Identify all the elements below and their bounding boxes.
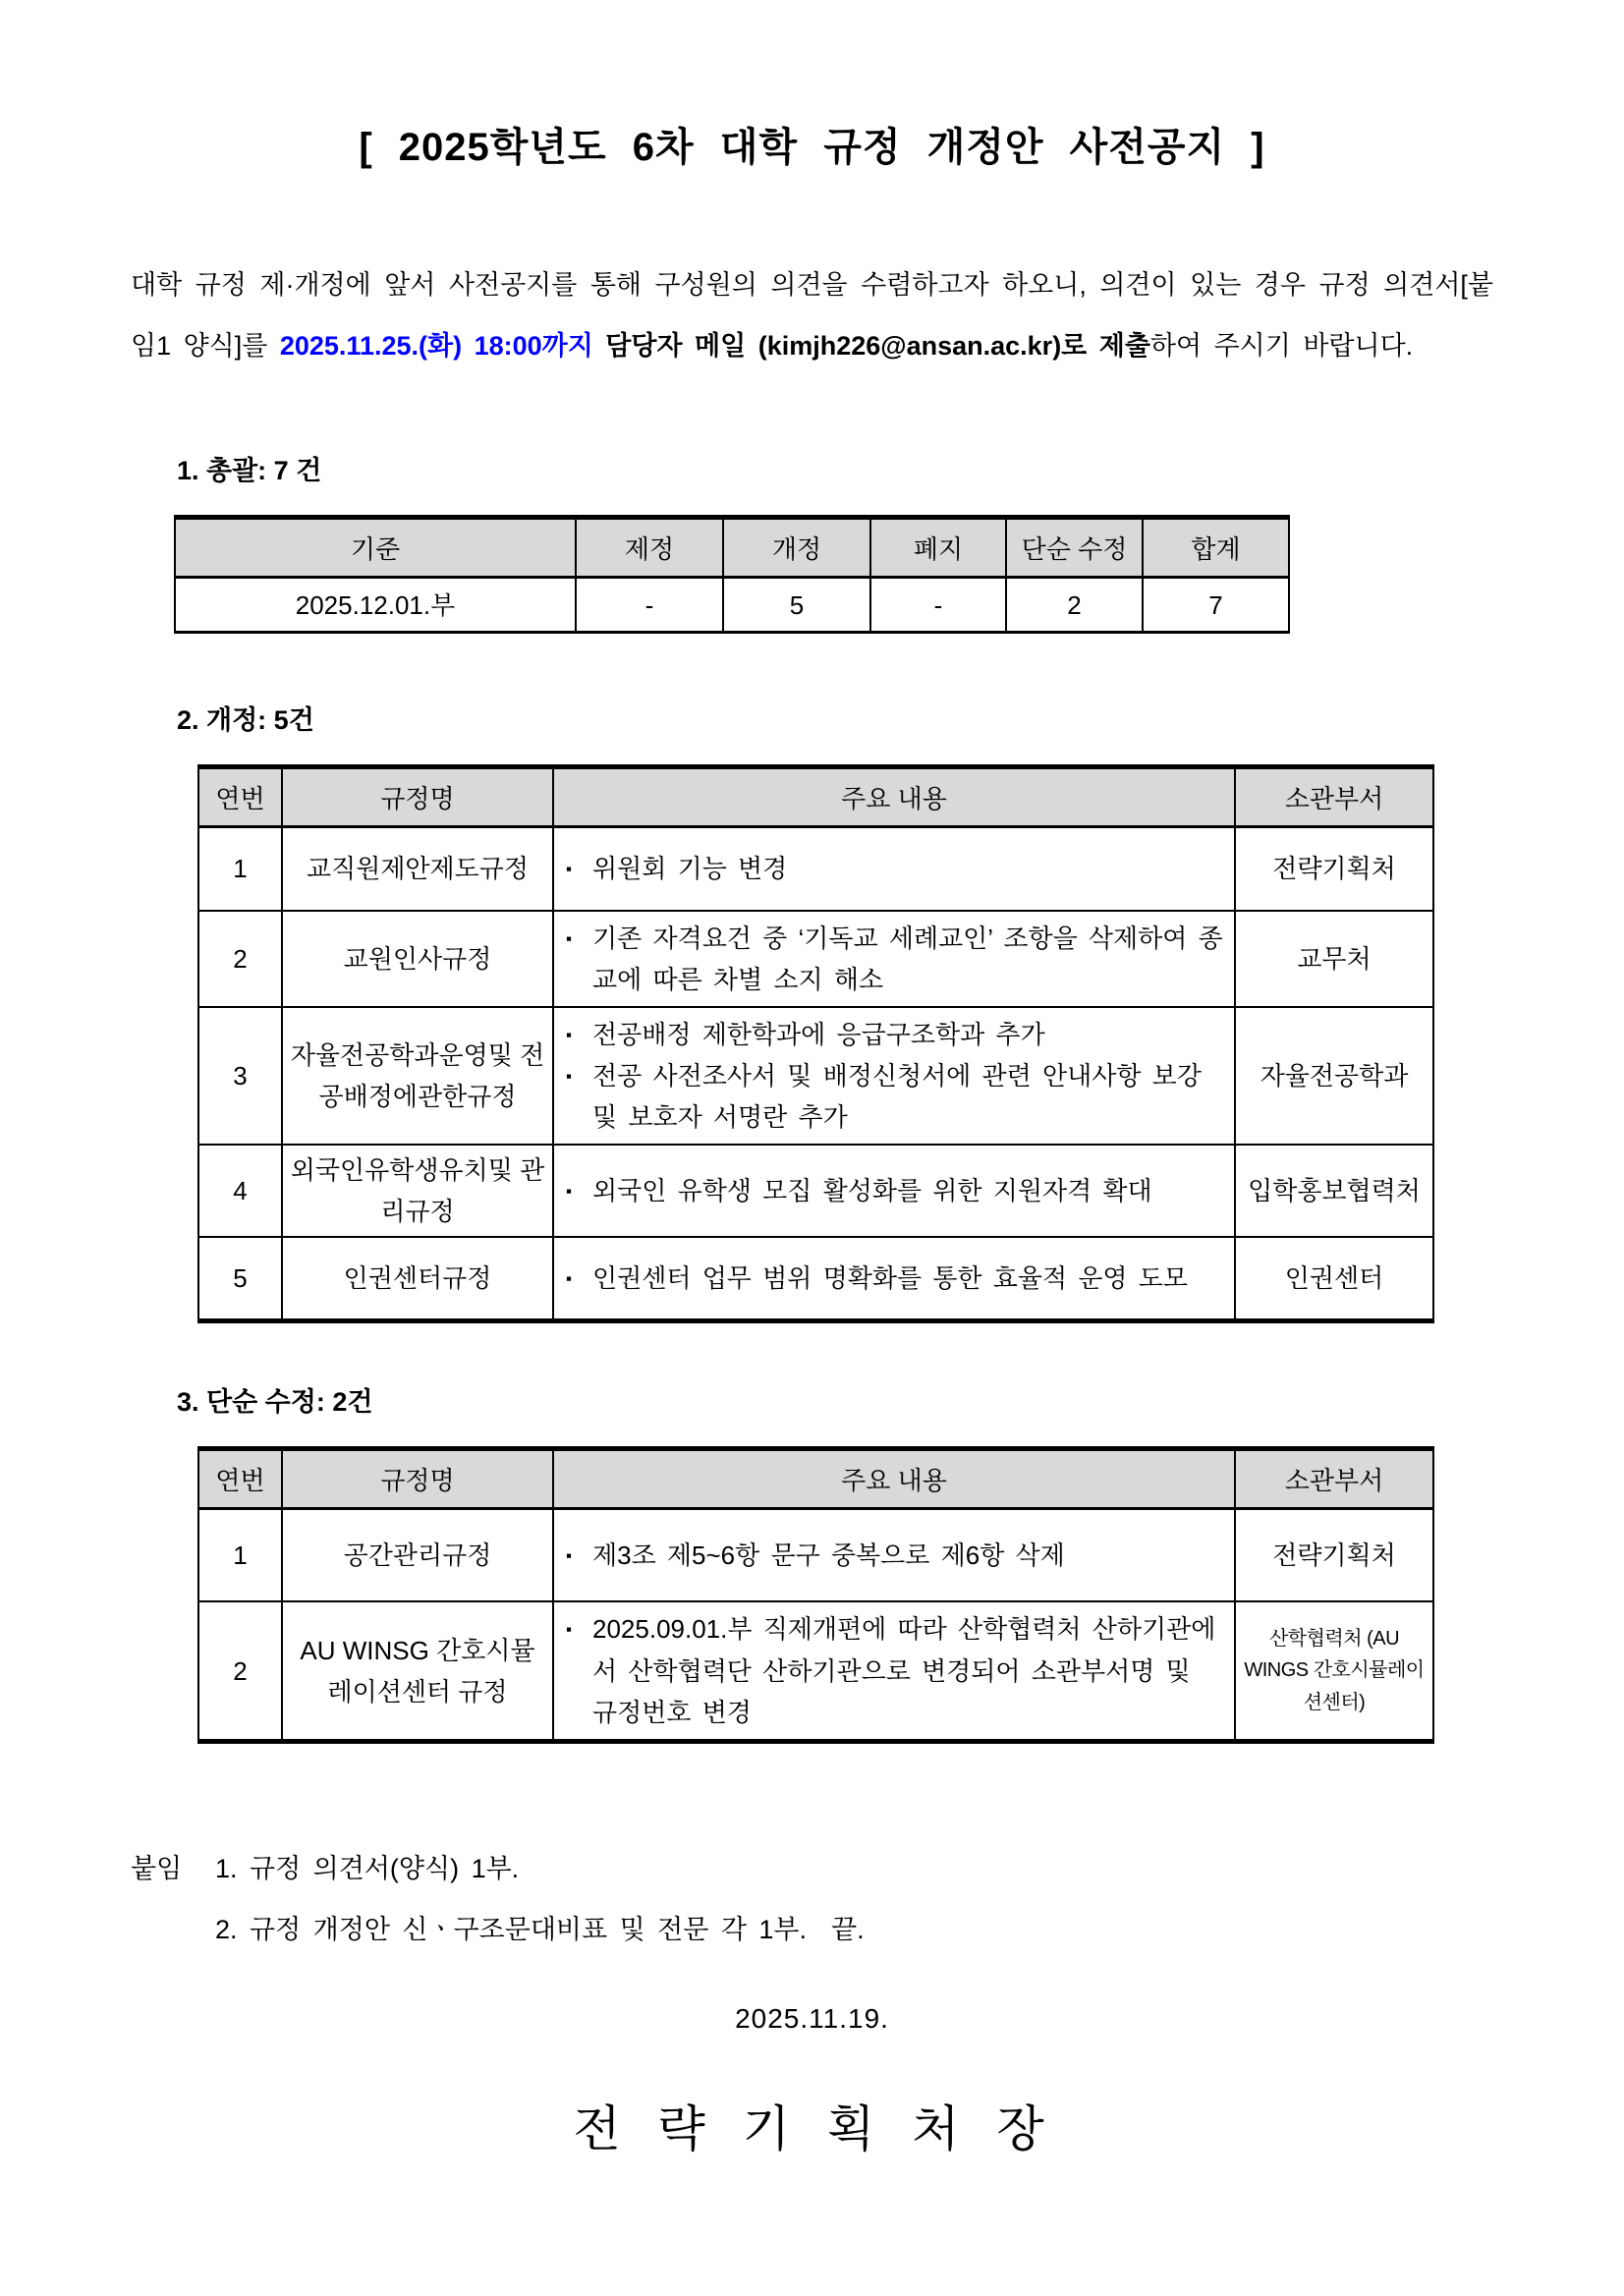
cell-basis-date: 2025.12.01.부 [175,578,576,633]
cell-regulation-name: 교직원제안제도규정 [282,827,553,911]
revision-heading: 2. 개정: 5건 [177,699,1493,737]
column-header-no: 연번 [198,1448,282,1508]
column-header-simple-edit: 단순 수정 [1006,518,1143,578]
cell-department: 입학홍보협력처 [1235,1145,1433,1237]
cell-no: 4 [198,1145,282,1237]
square-bullet-icon: ▪ [566,1535,592,1564]
signature-title: 전 략 기 획 처 장 [131,2090,1493,2160]
column-header-main-content: 주요 내용 [553,1448,1235,1508]
cell-main-content: ▪전공배정 제한학과에 응급구조학과 추가 ▪전공 사전조사서 및 배정신청서에… [553,1007,1235,1145]
cell-main-content: ▪외국인 유학생 모집 활성화를 위한 지원자격 확대 [553,1145,1235,1237]
content-item: ▪외국인 유학생 모집 활성화를 위한 지원자격 확대 [566,1170,1224,1211]
intro-contact-email: 담당자 메일 (kimjh226@ansan.ac.kr)로 제출 [593,331,1150,361]
square-bullet-icon: ▪ [566,848,592,877]
cell-enacted-count: - [576,578,723,633]
cell-main-content: ▪위원회 기능 변경 [553,827,1235,911]
simple-edit-table: 연번 규정명 주요 내용 소관부서 1 공간관리규정 ▪제3조 제5~6항 문구… [197,1446,1434,1744]
content-item: ▪제3조 제5~6항 문구 중복으로 제6항 삭제 [566,1535,1224,1576]
cell-revised-count: 5 [723,578,870,633]
content-item: ▪전공 사전조사서 및 배정신청서에 관련 안내사항 보강 및 보호자 서명란 … [566,1055,1224,1138]
attachment-line: 붙임 1. 규정 의견서(양식) 1부. [131,1838,1493,1899]
column-header-abolished: 폐지 [870,518,1006,578]
cell-main-content: ▪기존 자격요건 중 ‘기독교 세례교인’ 조항을 삭제하여 종교에 따른 차별… [553,911,1235,1007]
cell-total-count: 7 [1143,578,1289,633]
cell-department: 자율전공학과 [1235,1007,1433,1145]
square-bullet-icon: ▪ [566,1170,592,1200]
square-bullet-icon: ▪ [566,1055,592,1085]
cell-no: 5 [198,1237,282,1320]
column-header-total: 합계 [1143,518,1289,578]
table-row: 1 공간관리규정 ▪제3조 제5~6항 문구 중복으로 제6항 삭제 전략기획처 [198,1508,1433,1601]
content-item: ▪전공배정 제한학과에 응급구조학과 추가 [566,1014,1224,1055]
column-header-regulation-name: 규정명 [282,767,553,827]
table-row: 2 교원인사규정 ▪기존 자격요건 중 ‘기독교 세례교인’ 조항을 삭제하여 … [198,911,1433,1007]
column-header-enacted: 제정 [576,518,723,578]
attachment-label: 붙임 [131,1838,215,1899]
attachment-item-2: 2. 규정 개정안 신ㆍ구조문대비표 및 전문 각 1부. 끝. [215,1899,865,1960]
cell-no: 3 [198,1007,282,1145]
section-simple-edit: 3. 단순 수정: 2건 연번 규정명 주요 내용 소관부서 1 공간관리규정 … [131,1380,1493,1744]
section-summary: 1. 총괄: 7 건 기준 제정 개정 폐지 단순 수정 합계 2025.12.… [131,449,1493,634]
page-title: [ 2025학년도 6차 대학 규정 개정안 사전공지 ] [131,116,1493,172]
column-header-no: 연번 [198,767,282,827]
cell-main-content: ▪인권센터 업무 범위 명확화를 통한 효율적 운영 도모 [553,1237,1235,1320]
cell-department: 인권센터 [1235,1237,1433,1320]
simple-edit-header-row: 연번 규정명 주요 내용 소관부서 [198,1448,1433,1508]
table-row: 1 교직원제안제도규정 ▪위원회 기능 변경 전략기획처 [198,827,1433,911]
cell-no: 2 [198,1601,282,1741]
content-item: ▪위원회 기능 변경 [566,848,1224,889]
cell-department: 전략기획처 [1235,827,1433,911]
cell-no: 2 [198,911,282,1007]
column-header-basis: 기준 [175,518,576,578]
column-header-main-content: 주요 내용 [553,767,1235,827]
intro-text-end: 하여 주시기 바랍니다. [1150,331,1413,361]
table-row: 5 인권센터규정 ▪인권센터 업무 범위 명확화를 통한 효율적 운영 도모 인… [198,1237,1433,1320]
intro-paragraph: 대학 규정 제·개정에 앞서 사전공지를 통해 구성원의 의견을 수렴하고자 하… [131,254,1493,376]
square-bullet-icon: ▪ [566,1258,592,1287]
content-item: ▪인권센터 업무 범위 명확화를 통한 효율적 운영 도모 [566,1258,1224,1299]
revision-header-row: 연번 규정명 주요 내용 소관부서 [198,767,1433,827]
cell-regulation-name: 공간관리규정 [282,1508,553,1601]
table-row: 2 AU WINSG 간호시뮬레이션센터 규정 ▪2025.09.01.부 직제… [198,1601,1433,1741]
attachment-item-1: 1. 규정 의견서(양식) 1부. [215,1838,519,1899]
column-header-revised: 개정 [723,518,870,578]
table-row: 4 외국인유학생유치및 관리규정 ▪외국인 유학생 모집 활성화를 위한 지원자… [198,1145,1433,1237]
cell-no: 1 [198,1508,282,1601]
column-header-department: 소관부서 [1235,767,1433,827]
summary-heading: 1. 총괄: 7 건 [177,449,1493,487]
cell-main-content: ▪제3조 제5~6항 문구 중복으로 제6항 삭제 [553,1508,1235,1601]
document-date: 2025.11.19. [131,2003,1493,2035]
square-bullet-icon: ▪ [566,1014,592,1043]
square-bullet-icon: ▪ [566,918,592,947]
summary-header-row: 기준 제정 개정 폐지 단순 수정 합계 [175,518,1289,578]
cell-abolished-count: - [870,578,1006,633]
column-header-department: 소관부서 [1235,1448,1433,1508]
table-row: 3 자율전공학과운영및 전공배정에관한규정 ▪전공배정 제한학과에 응급구조학과… [198,1007,1433,1145]
cell-no: 1 [198,827,282,911]
cell-simple-edit-count: 2 [1006,578,1143,633]
document-page: [ 2025학년도 6차 대학 규정 개정안 사전공지 ] 대학 규정 제·개정… [0,0,1624,2296]
simple-edit-heading: 3. 단순 수정: 2건 [177,1380,1493,1419]
revision-table: 연번 규정명 주요 내용 소관부서 1 교직원제안제도규정 ▪위원회 기능 변경… [197,764,1434,1323]
cell-regulation-name: 외국인유학생유치및 관리규정 [282,1145,553,1237]
cell-regulation-name: 교원인사규정 [282,911,553,1007]
content-item: ▪2025.09.01.부 직제개편에 따라 산학협력처 산하기관에서 산학협력… [566,1608,1224,1732]
attachments-block: 붙임 1. 규정 의견서(양식) 1부. 2. 규정 개정안 신ㆍ구조문대비표 … [131,1838,1493,1960]
section-revision: 2. 개정: 5건 연번 규정명 주요 내용 소관부서 1 교직원제안제도규정 … [131,699,1493,1323]
cell-main-content: ▪2025.09.01.부 직제개편에 따라 산학협력처 산하기관에서 산학협력… [553,1601,1235,1741]
cell-regulation-name: 인권센터규정 [282,1237,553,1320]
cell-regulation-name: 자율전공학과운영및 전공배정에관한규정 [282,1007,553,1145]
cell-regulation-name: AU WINSG 간호시뮬레이션센터 규정 [282,1601,553,1741]
square-bullet-icon: ▪ [566,1608,592,1638]
content-item: ▪기존 자격요건 중 ‘기독교 세례교인’ 조항을 삭제하여 종교에 따른 차별… [566,918,1224,1000]
cell-department: 산학협력처 (AU WINGS 간호시뮬레이션센터) [1235,1601,1433,1741]
cell-department: 교무처 [1235,911,1433,1007]
summary-data-row: 2025.12.01.부 - 5 - 2 7 [175,578,1289,633]
attachment-line: 2. 규정 개정안 신ㆍ구조문대비표 및 전문 각 1부. 끝. [131,1899,1493,1960]
column-header-regulation-name: 규정명 [282,1448,553,1508]
cell-department: 전략기획처 [1235,1508,1433,1601]
intro-deadline: 2025.11.25.(화) 18:00까지 [280,331,593,361]
summary-table: 기준 제정 개정 폐지 단순 수정 합계 2025.12.01.부 - 5 - … [174,515,1290,634]
